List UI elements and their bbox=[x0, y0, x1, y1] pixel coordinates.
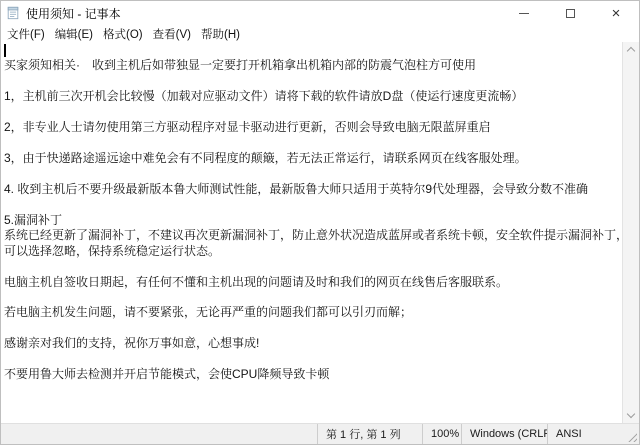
menu-format[interactable]: 格式(O) bbox=[98, 25, 148, 43]
chevron-up-icon[interactable] bbox=[627, 47, 635, 55]
text-caret bbox=[4, 44, 6, 57]
text-line bbox=[4, 74, 622, 89]
text-line: 4. 收到主机后不要升级最新版本鲁大师测试性能，最新版鲁大师只适用于英特尔9代处… bbox=[4, 182, 622, 197]
menu-help[interactable]: 帮助(H) bbox=[196, 25, 245, 43]
text-line bbox=[4, 167, 622, 182]
text-line: 若电脑主机发生问题，请不要紧张，无论再严重的问题我们都可以引刃而解； bbox=[4, 305, 622, 320]
text-line: 买家须知相关· 收到主机后如带独显一定要打开机箱拿出机箱内部的防震气泡柱方可使用 bbox=[4, 58, 622, 73]
status-cursor-position: 第 1 行, 第 1 列 bbox=[317, 424, 422, 444]
text-line: 感谢亲对我们的支持，祝你万事如意，心想事成! bbox=[4, 336, 622, 351]
window-body: 买家须知相关· 收到主机后如带独显一定要打开机箱拿出机箱内部的防震气泡柱方可使用… bbox=[1, 42, 639, 423]
text-line bbox=[4, 43, 622, 58]
text-line: 3，由于快递路途遥远途中难免会有不同程度的颠簸，若无法正常运行，请联系网页在线客… bbox=[4, 151, 622, 166]
text-line bbox=[4, 197, 622, 212]
minimize-button[interactable] bbox=[501, 1, 547, 25]
text-line: 系统已经更新了漏洞补丁，不建议再次更新漏洞补丁，防止意外状况造成蓝屏或者系统卡顿… bbox=[4, 228, 622, 243]
menu-bar: 文件(F) 编辑(E) 格式(O) 查看(V) 帮助(H) bbox=[1, 25, 639, 42]
vertical-scrollbar[interactable] bbox=[622, 42, 639, 423]
text-line bbox=[4, 290, 622, 305]
maximize-button[interactable] bbox=[547, 1, 593, 25]
minimize-icon bbox=[519, 13, 529, 14]
editor-lines: 买家须知相关· 收到主机后如带独显一定要打开机箱拿出机箱内部的防震气泡柱方可使用… bbox=[4, 43, 622, 383]
menu-view[interactable]: 查看(V) bbox=[148, 25, 196, 43]
text-line: 电脑主机自签收日期起，有任何不懂和主机出现的问题请及时和我们的网页在线售后客服联… bbox=[4, 275, 622, 290]
text-line: 1，主机前三次开机会比较慢（加载对应驱动文件）请将下载的软件请放D盘（使运行速度… bbox=[4, 89, 622, 104]
chevron-down-icon[interactable] bbox=[627, 410, 635, 418]
title-bar: 使用须知 - 记事本 × bbox=[1, 1, 639, 25]
text-editor-area[interactable]: 买家须知相关· 收到主机后如带独显一定要打开机箱拿出机箱内部的防震气泡柱方可使用… bbox=[1, 42, 622, 423]
close-button[interactable]: × bbox=[593, 1, 639, 25]
maximize-icon bbox=[566, 9, 575, 18]
text-line bbox=[4, 136, 622, 151]
caption-buttons: × bbox=[501, 1, 639, 25]
text-line bbox=[4, 259, 622, 274]
status-zoom-level: 100% bbox=[422, 424, 461, 444]
text-line: 2，非专业人士请勿使用第三方驱动程序对显卡驱动进行更新，否则会导致电脑无限蓝屏重… bbox=[4, 120, 622, 135]
text-line: 可以选择忽略，保持系统稳定运行状态。 bbox=[4, 244, 622, 259]
text-line bbox=[4, 105, 622, 120]
window-title: 使用须知 - 记事本 bbox=[26, 5, 121, 22]
text-line bbox=[4, 352, 622, 367]
text-line bbox=[4, 321, 622, 336]
menu-file[interactable]: 文件(F) bbox=[2, 25, 50, 43]
text-line: 5.漏洞补丁 bbox=[4, 213, 622, 228]
text-line: 不要用鲁大师去检测并开启节能模式，会使CPU降频导致卡顿 bbox=[4, 367, 622, 382]
status-bar: 第 1 行, 第 1 列 100% Windows (CRLF) ANSI bbox=[1, 423, 639, 444]
notepad-icon bbox=[6, 6, 20, 20]
close-icon: × bbox=[612, 6, 621, 21]
notepad-window: 使用须知 - 记事本 × 文件(F) 编辑(E) 格式(O) 查看(V) 帮助(… bbox=[0, 0, 640, 445]
status-line-ending: Windows (CRLF) bbox=[461, 424, 547, 444]
menu-edit[interactable]: 编辑(E) bbox=[50, 25, 98, 43]
status-encoding: ANSI bbox=[547, 424, 639, 444]
